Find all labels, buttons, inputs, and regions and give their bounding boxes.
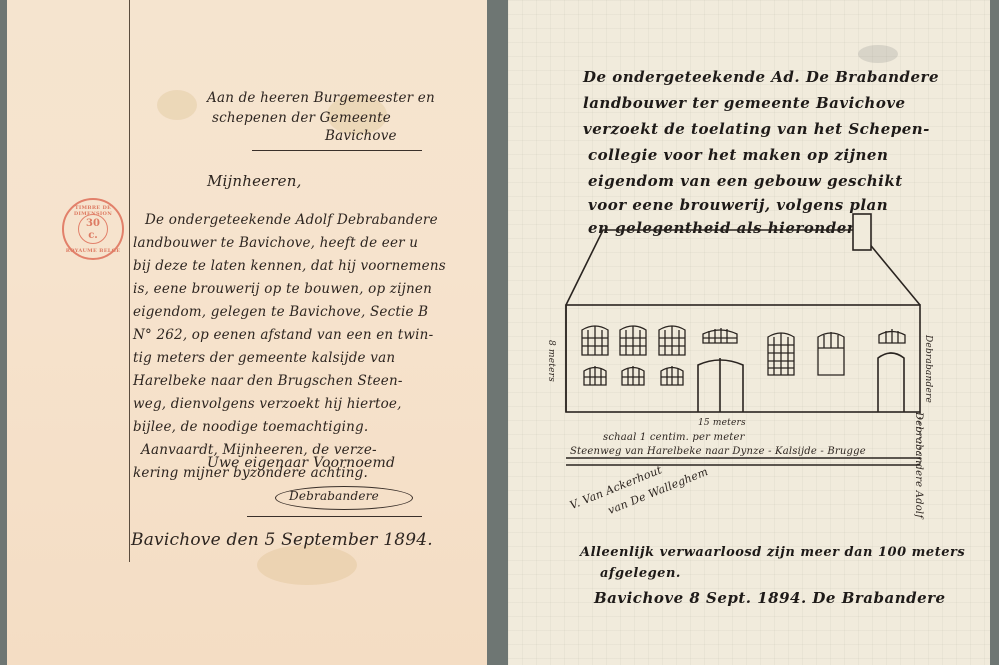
closing: Uwe eigenaar Voornoemd — [207, 455, 395, 471]
left-side-label: 8 meters — [546, 340, 556, 382]
tax-stamp: TIMBRE DE DIMENSION 30 c. ROYAUME BELGE — [62, 198, 124, 260]
address-line: schepenen der Gemeente — [212, 110, 391, 126]
body-line: De ondergeteekende Adolf Debrabandere — [145, 212, 438, 228]
address-line: Aan de heeren Burgemeester en — [207, 90, 435, 106]
body-line: tig meters der gemeente kalsijde van — [133, 350, 395, 366]
body-line: bij deze te laten kennen, dat hij voorne… — [133, 258, 446, 274]
left-document-page: TIMBRE DE DIMENSION 30 c. ROYAUME BELGE … — [7, 0, 487, 665]
body-line: weg, dienvolgens verzoekt hij hiertoe, — [133, 396, 402, 412]
signoff: Bavichove 8 Sept. 1894. De Brabandere — [594, 589, 946, 607]
right-document-page: De ondergeteekende Ad. De Brabandere lan… — [508, 0, 990, 665]
body-line: eigendom, gelegen te Bavichove, Sectie B — [133, 304, 428, 320]
salutation: Mijnheeren, — [207, 172, 302, 190]
address-line: Bavichove — [325, 128, 397, 144]
scale-note: schaal 1 centim. per meter — [603, 432, 745, 443]
body-line: bijlee, de noodige toemachtiging. — [133, 419, 368, 435]
body-line: is, eene brouwerij op te bouwen, op zijn… — [133, 281, 432, 297]
paper-stain — [257, 545, 357, 585]
date-line: Bavichove den 5 September 1894. — [131, 530, 433, 550]
body-line: landbouwer te Bavichove, heeft de eer u — [133, 235, 418, 251]
signature: Debrabandere — [289, 489, 379, 503]
address-underline — [252, 150, 422, 151]
margin-rule — [129, 0, 130, 562]
signature-underline — [247, 516, 422, 517]
body-line: N° 262, op eenen afstand van een en twin… — [133, 327, 433, 343]
stamp-value-number: 30 — [79, 218, 107, 230]
body-line: Harelbeke naar den Brugschen Steen- — [133, 373, 403, 389]
stamp-value: 30 c. — [78, 214, 108, 244]
stamp-value-unit: c. — [79, 230, 107, 242]
road-label: Steenweg van Harelbeke naar Dynze - Kals… — [570, 446, 866, 457]
building-elevation-drawing — [508, 0, 990, 665]
width-label: 15 meters — [698, 418, 746, 428]
footer-line: afgelegen. — [600, 566, 681, 581]
paper-stain — [157, 90, 197, 120]
right-lower-label: Debrabandere Adolf — [913, 412, 924, 518]
footer-line: Alleenlijk verwaarloosd zijn meer dan 10… — [580, 545, 965, 560]
right-side-label: Debrabandere — [923, 335, 933, 403]
stamp-ring-bottom-text: ROYAUME BELGE — [64, 248, 122, 254]
